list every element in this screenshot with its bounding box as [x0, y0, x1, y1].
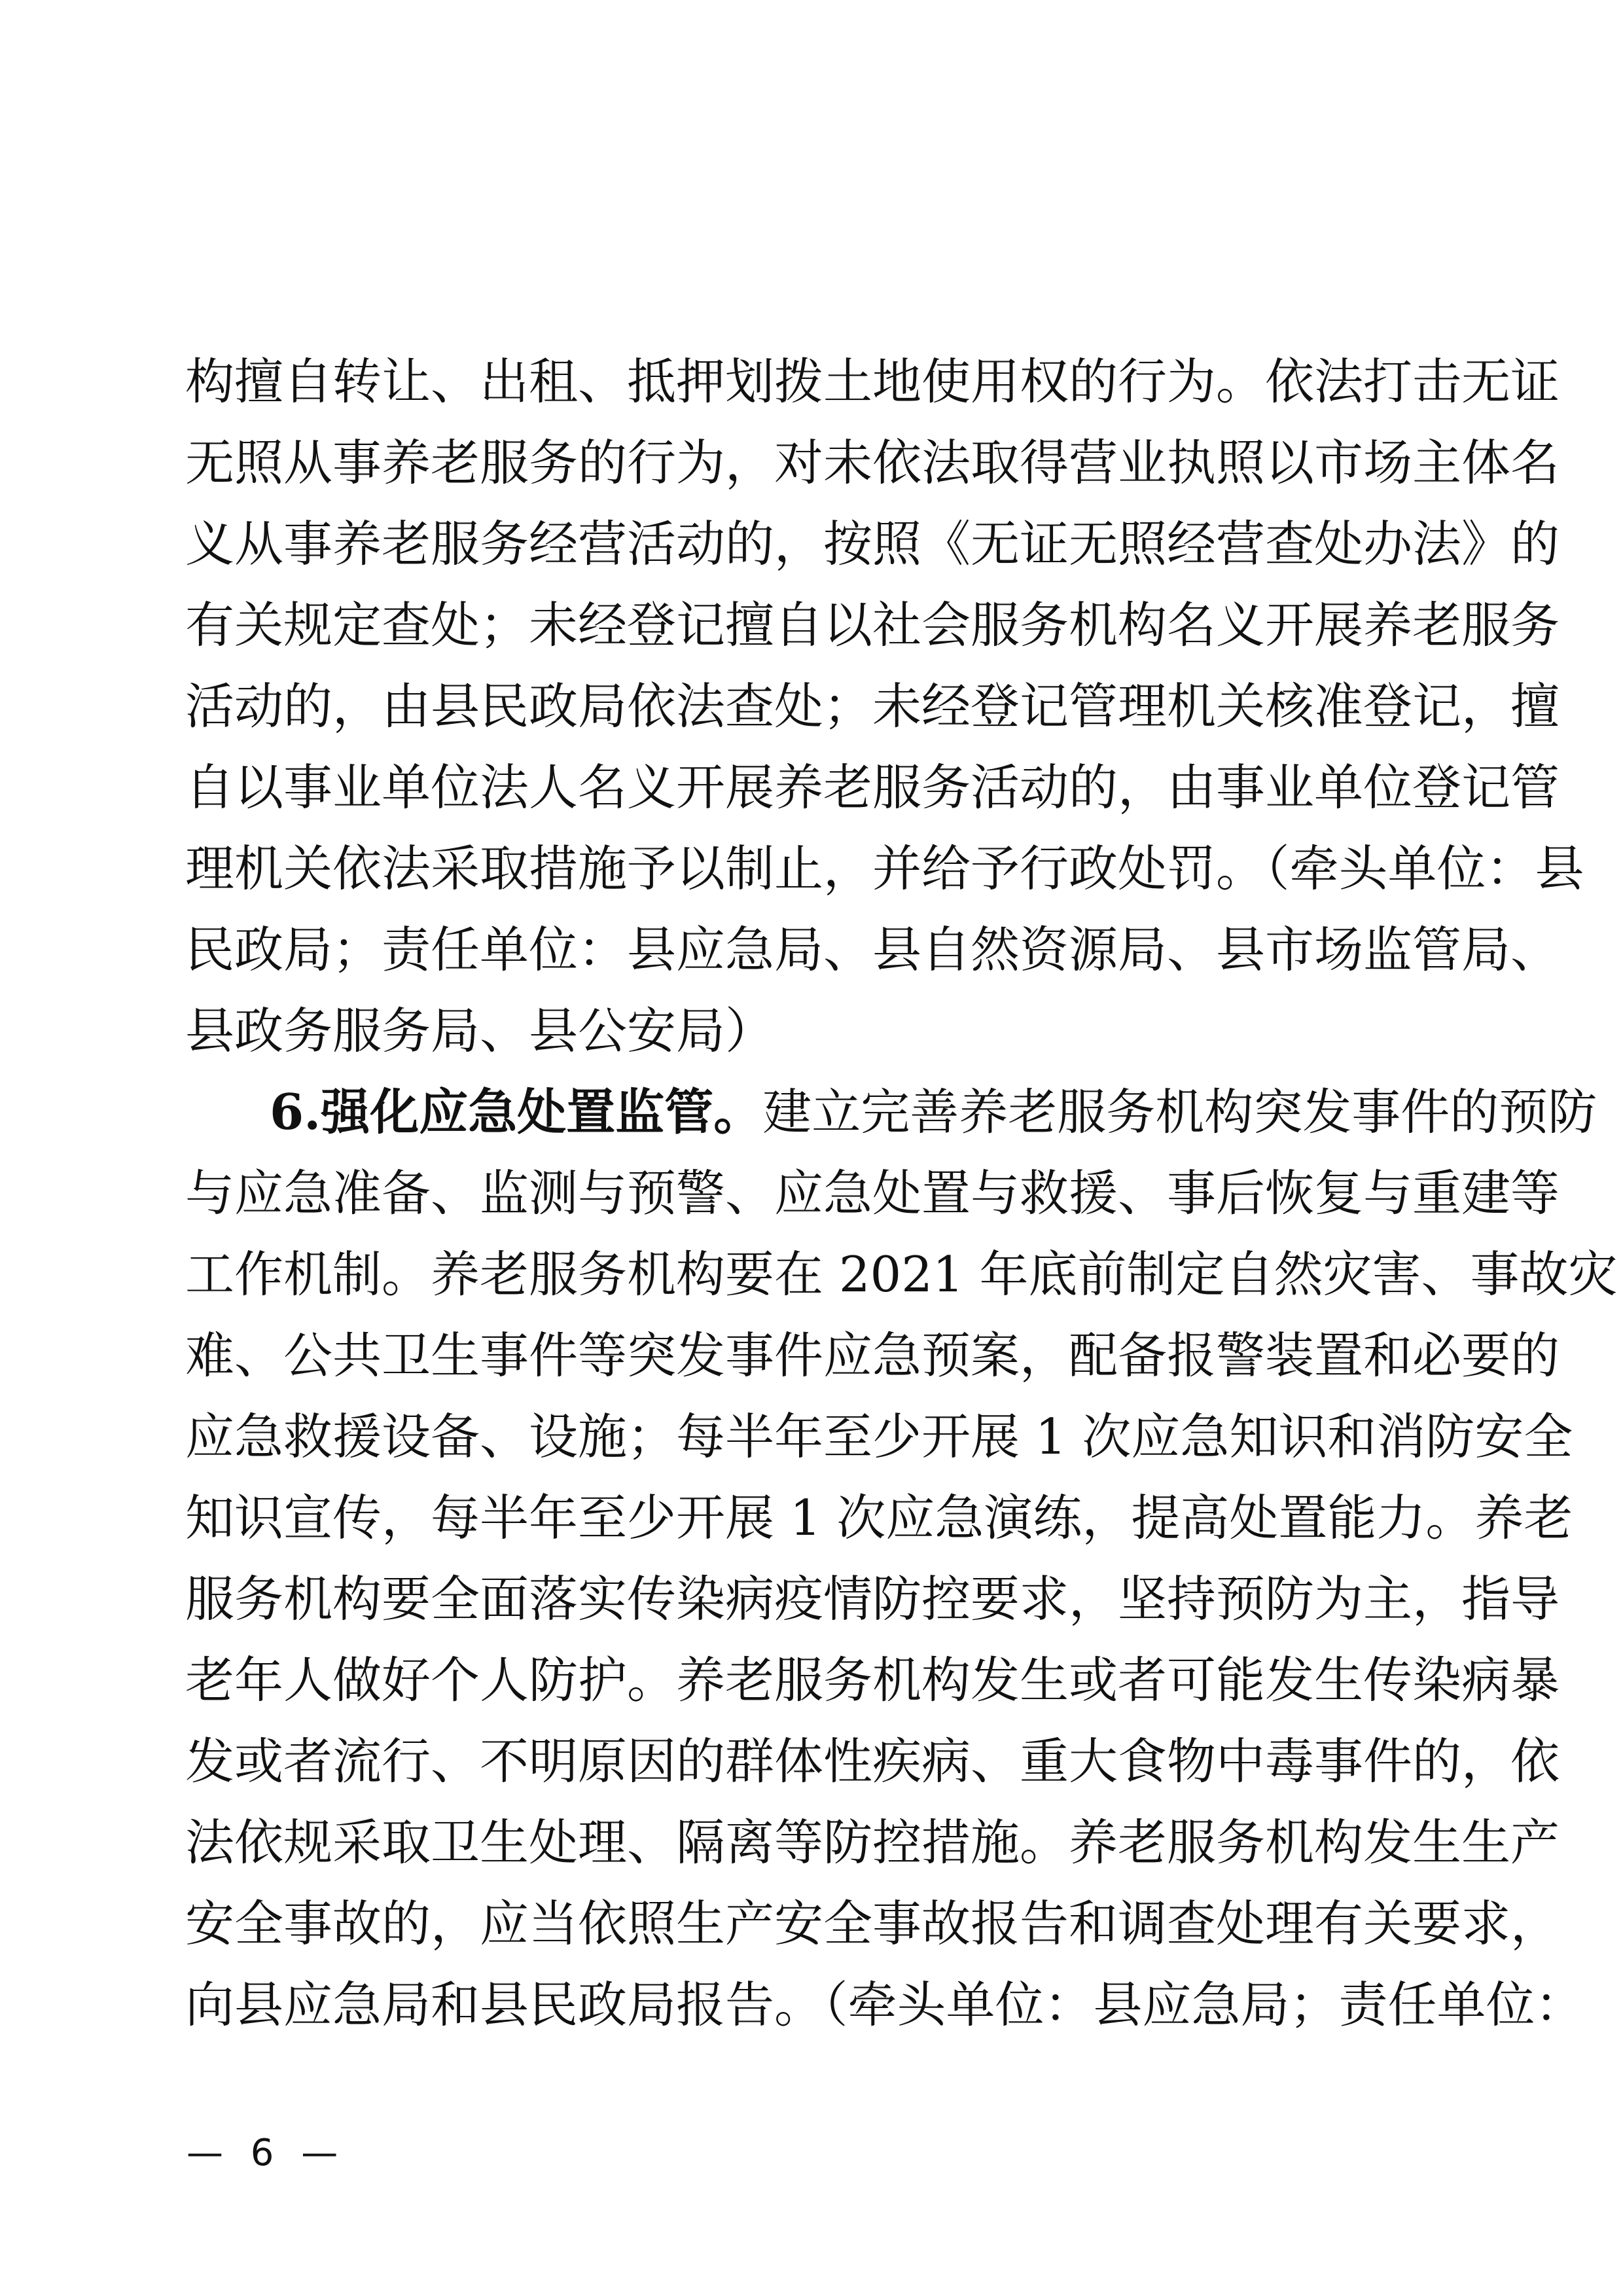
text-line: 活动的，由县民政局依法查处；未经登记管理机关核准登记，擅 [185, 666, 1438, 747]
text-line: 理机关依法采取措施予以制止，并给予行政处罚。（牵头单位：县 [185, 828, 1438, 909]
document-page: 构擅自转让、出租、抵押划拨土地使用权的行为。依法打击无证 无照从事养老服务的行为… [0, 0, 1623, 2296]
text-line: 县政务服务局、县公安局） [185, 990, 1438, 1071]
text-line: 法依规采取卫生处理、隔离等防控措施。养老服务机构发生生产 [185, 1802, 1438, 1883]
section-6-first-line: 6.强化应急处置监管。建立完善养老服务机构突发事件的预防 [270, 1071, 1438, 1153]
page-number: — 6 — [187, 2130, 346, 2176]
section-heading: 6.强化应急处置监管。 [270, 1083, 762, 1141]
text-line: 工作机制。养老服务机构要在 2021 年底前制定自然灾害、事故灾 [185, 1234, 1438, 1315]
text-line: 有关规定查处；未经登记擅自以社会服务机构名义开展养老服务 [185, 584, 1438, 666]
text-line: 无照从事养老服务的行为，对未依法取得营业执照以市场主体名 [185, 422, 1438, 503]
text-line: 老年人做好个人防护。养老服务机构发生或者可能发生传染病暴 [185, 1640, 1438, 1721]
text-line: 服务机构要全面落实传染病疫情防控要求，坚持预防为主，指导 [185, 1558, 1438, 1640]
text-line: 安全事故的，应当依照生产安全事故报告和调查处理有关要求， [185, 1883, 1438, 1964]
text-line: 应急救援设备、设施；每半年至少开展 1 次应急知识和消防安全 [185, 1396, 1438, 1477]
section-text: 建立完善养老服务机构突发事件的预防 [762, 1083, 1597, 1141]
text-line: 构擅自转让、出租、抵押划拨土地使用权的行为。依法打击无证 [185, 341, 1438, 422]
text-line: 与应急准备、监测与预警、应急处置与救援、事后恢复与重建等 [185, 1153, 1438, 1234]
text-line: 发或者流行、不明原因的群体性疾病、重大食物中毒事件的，依 [185, 1721, 1438, 1802]
text-line: 向县应急局和县民政局报告。（牵头单位：县应急局；责任单位： [185, 1964, 1438, 2045]
text-line: 知识宣传，每半年至少开展 1 次应急演练，提高处置能力。养老 [185, 1477, 1438, 1558]
text-line: 民政局；责任单位：县应急局、县自然资源局、县市场监管局、 [185, 909, 1438, 990]
text-line: 义从事养老服务经营活动的，按照《无证无照经营查处办法》的 [185, 503, 1438, 584]
text-line: 自以事业单位法人名义开展养老服务活动的，由事业单位登记管 [185, 747, 1438, 828]
text-line: 难、公共卫生事件等突发事件应急预案，配备报警装置和必要的 [185, 1315, 1438, 1396]
